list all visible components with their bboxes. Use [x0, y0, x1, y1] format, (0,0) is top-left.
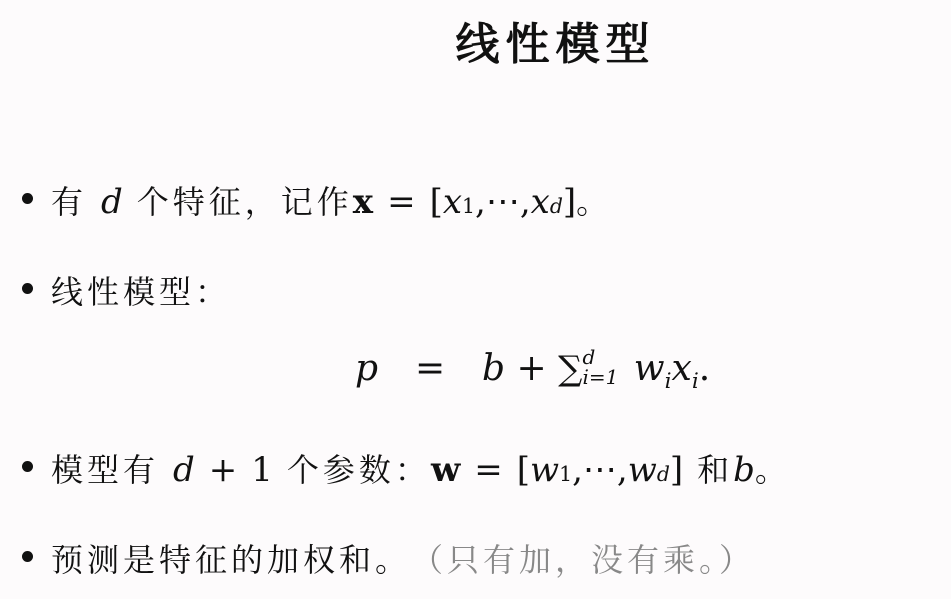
plus: + [209, 450, 238, 490]
text: 个参数： [287, 450, 431, 490]
ellipsis: ,⋯, [572, 450, 628, 490]
text: 个特征，记作 [137, 182, 353, 222]
bullet-prediction: 预测是特征的加权和。 （只有加，没有乘。） [22, 540, 755, 580]
sub: 1 [462, 186, 475, 226]
sub: d [550, 186, 563, 226]
text: 预测是特征的加权和。 [51, 540, 411, 580]
bullet-features: 有 d 个特征，记作 x = [ x1 ,⋯, xd ] 。 [22, 182, 612, 226]
sub: d [657, 454, 670, 494]
text: 和 [697, 450, 733, 490]
bullet-dot-icon [22, 461, 33, 472]
bullet-dot-icon [22, 551, 33, 562]
var-x: x [443, 182, 462, 222]
equals: = [387, 182, 416, 222]
text: 线性模型： [51, 272, 231, 312]
var-x: x [672, 348, 692, 389]
var-b: b [733, 450, 755, 490]
sub: i [692, 369, 699, 394]
var-w: w [530, 450, 559, 490]
var-x: x [531, 182, 550, 222]
sum-lower: i=1 [582, 367, 618, 387]
period: 。 [755, 450, 791, 490]
text: 模型有 [51, 450, 159, 490]
period: . [699, 348, 710, 389]
note-text: （只有加，没有乘。） [411, 540, 755, 580]
var-p: p [355, 348, 378, 389]
bracket: ] [563, 182, 576, 222]
equals: = [474, 450, 503, 490]
bracket: [ [430, 182, 443, 222]
sub: i [665, 369, 672, 394]
number: 1 [251, 450, 273, 490]
vector-w: w [431, 450, 460, 490]
sub: 1 [559, 454, 572, 494]
plus: + [517, 348, 547, 389]
var-b: b [482, 348, 505, 389]
bullet-linear-model: 线性模型： [22, 272, 231, 312]
sum-symbol: ∑ [558, 349, 582, 389]
var-d: d [101, 182, 123, 222]
var-w: w [634, 348, 665, 389]
vector-x: x [353, 182, 373, 222]
slide-title: 线性模型 [80, 8, 951, 72]
equals: = [415, 348, 445, 389]
text: 有 [51, 182, 87, 222]
linear-formula: p = b + ∑di=1 wixi. [355, 348, 710, 394]
bullet-dot-icon [22, 283, 33, 294]
var-d: d [173, 450, 195, 490]
var-w: w [628, 450, 657, 490]
bracket: [ [517, 450, 530, 490]
bullet-dot-icon [22, 193, 33, 204]
bullet-parameters: 模型有 d + 1 个参数： w = [ w1 ,⋯, wd ] 和 b 。 [22, 450, 791, 494]
sum-upper: d [582, 347, 618, 367]
bracket: ] [670, 450, 683, 490]
ellipsis: ,⋯, [475, 182, 531, 222]
period: 。 [576, 182, 612, 222]
